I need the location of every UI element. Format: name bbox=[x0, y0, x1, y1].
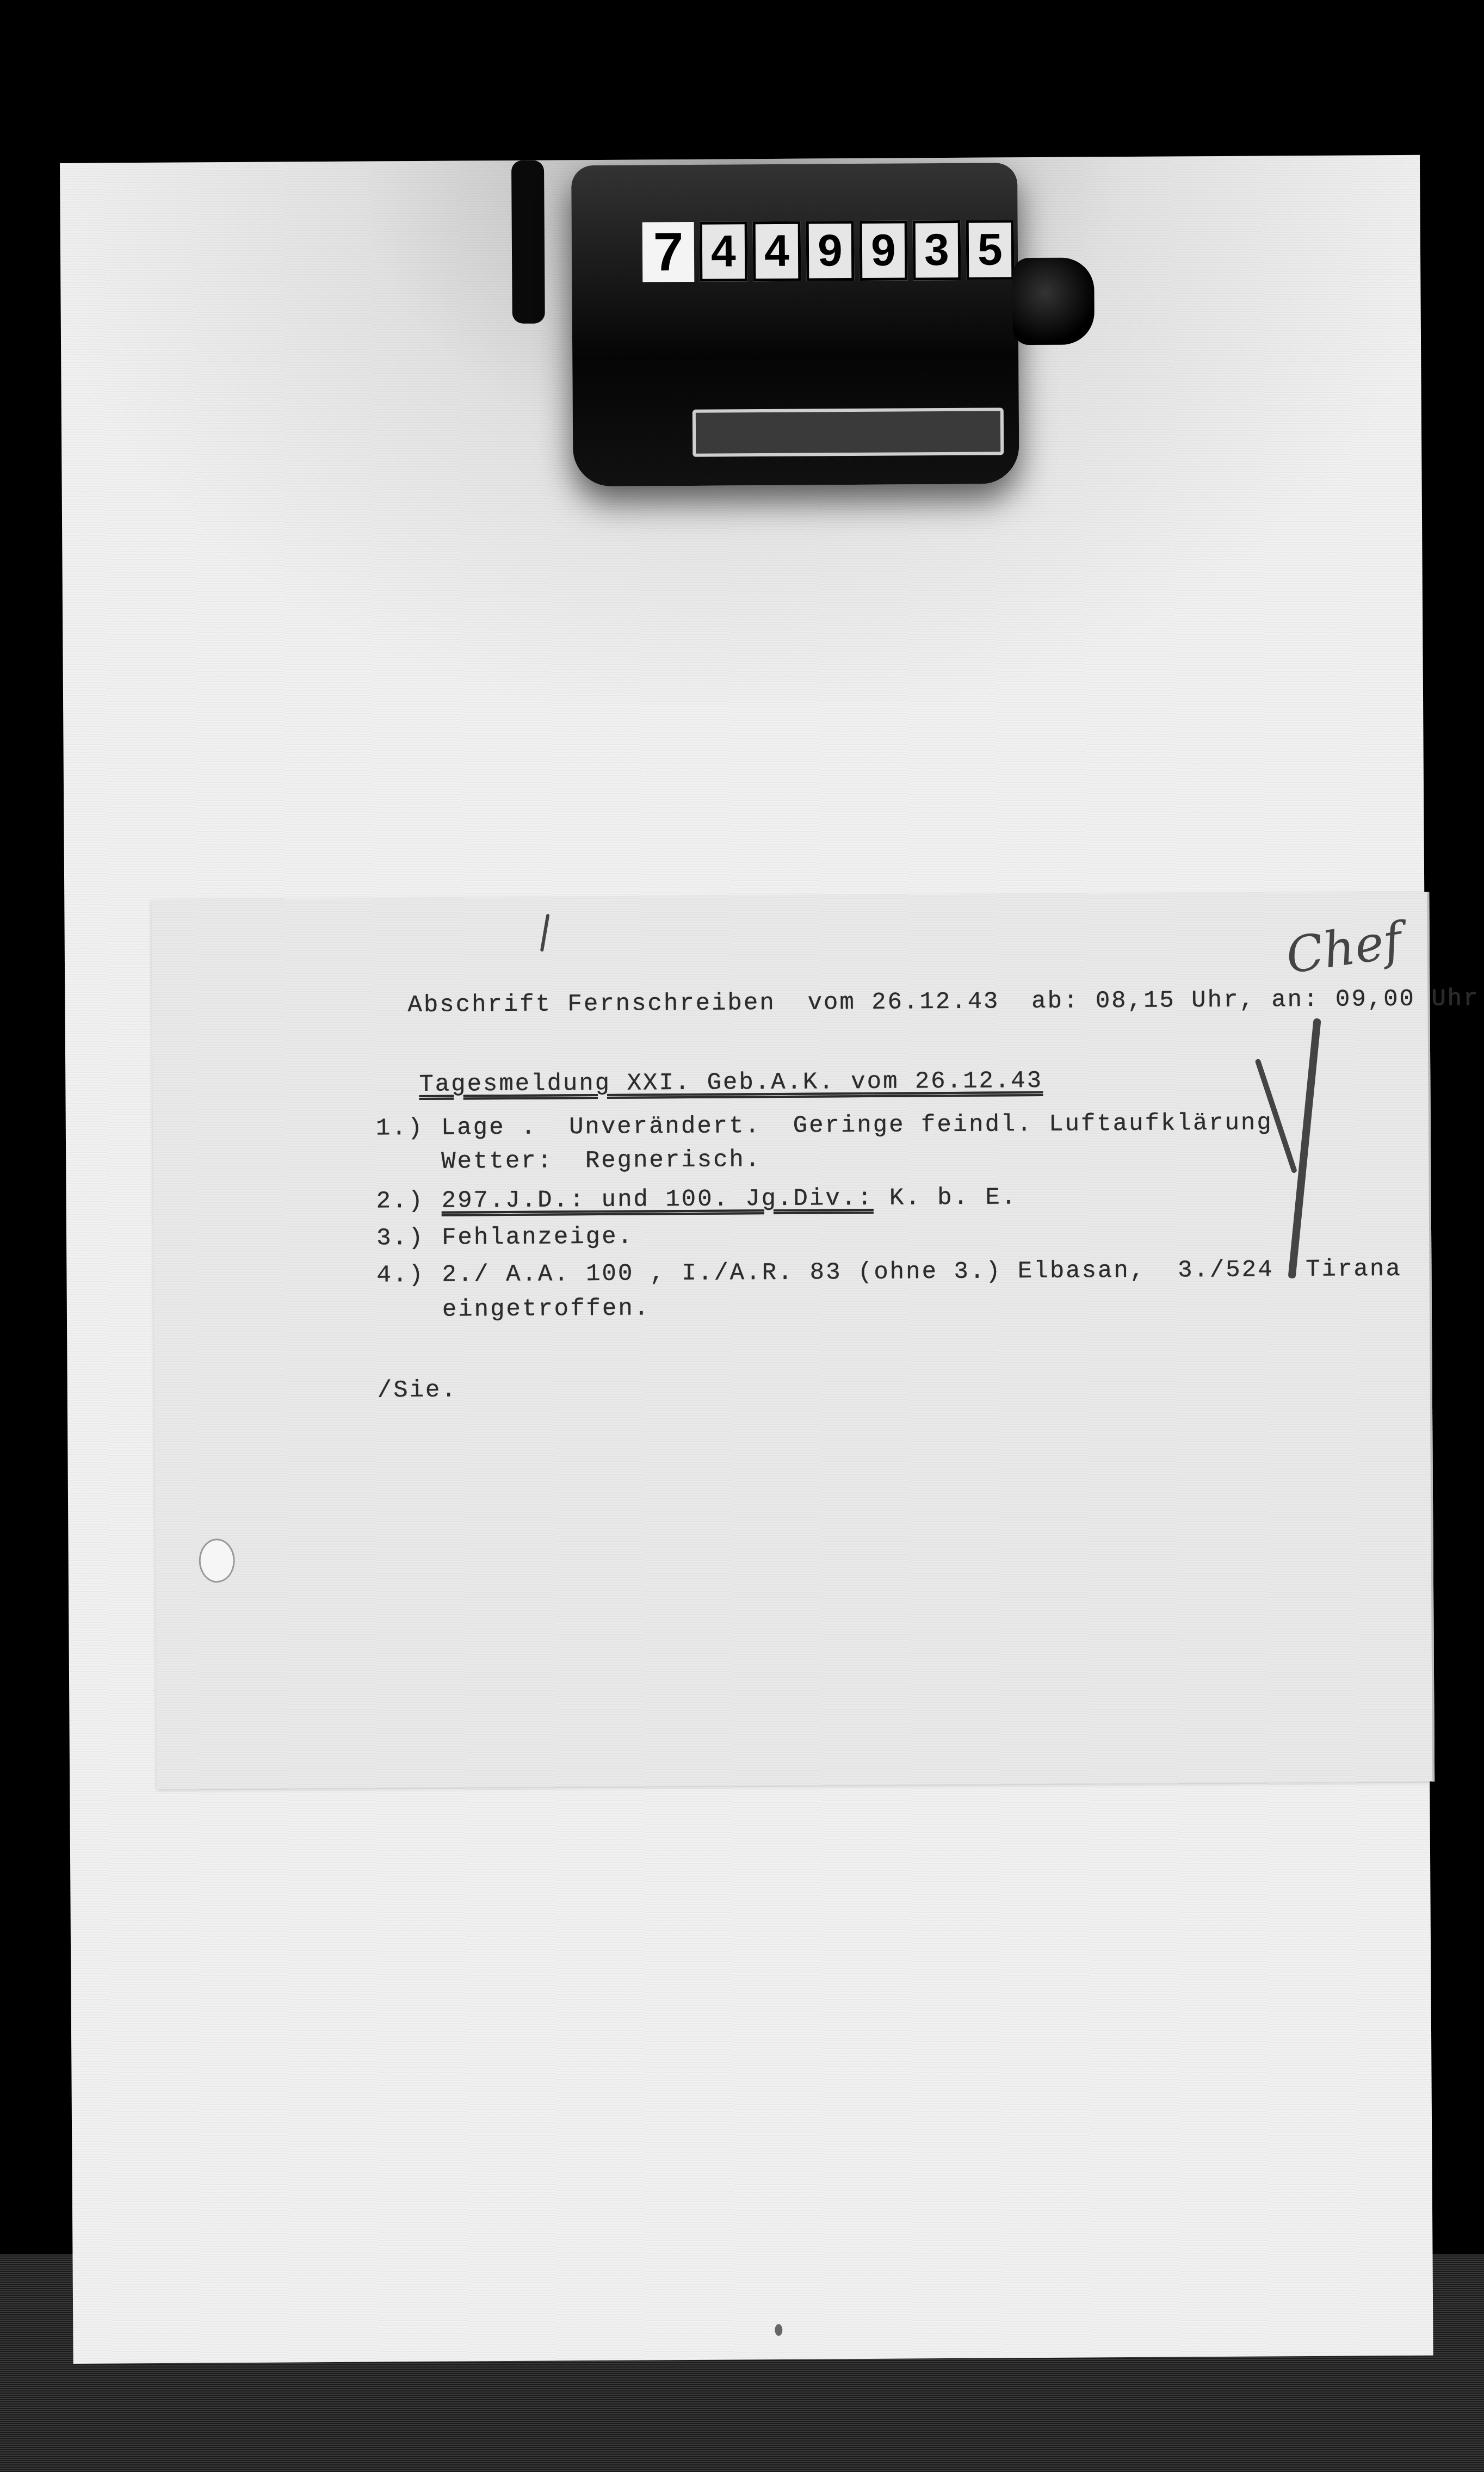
item-number: 1.) bbox=[376, 1115, 424, 1142]
page-mark bbox=[775, 2324, 782, 2336]
header-date: 26.12.43 bbox=[871, 988, 1000, 1016]
item-number: 2.) bbox=[376, 1188, 425, 1215]
counter-clip bbox=[511, 160, 545, 324]
item-line: 2./ A.A. 100 , I./A.R. 83 (ohne 3.) Elba… bbox=[442, 1256, 1402, 1289]
counter-name-plate bbox=[692, 407, 1004, 456]
counter-digit: 4 bbox=[753, 221, 801, 282]
item-underlined-units: 297.J.D.: und 100. Jg.Div.: bbox=[442, 1185, 874, 1215]
item-number: 4.) bbox=[376, 1262, 425, 1289]
punch-hole bbox=[199, 1538, 234, 1583]
counter-digit: 3 bbox=[913, 220, 961, 281]
handwritten-initial-stroke bbox=[1288, 1018, 1321, 1279]
header-prefix: Abschrift Fernschreiben bbox=[407, 990, 776, 1019]
header-sent-label: ab: bbox=[1031, 988, 1080, 1016]
item-line: eingetroffen. bbox=[442, 1295, 651, 1323]
telex-slip: Abschrift Fernschreiben vom 26.12.43 ab:… bbox=[151, 892, 1434, 1789]
counter-digit: 4 bbox=[700, 221, 748, 282]
counter-body: 7 4 4 9 9 3 5 bbox=[571, 163, 1019, 486]
pen-mark bbox=[540, 914, 550, 952]
telex-title: Tagesmeldung XXI. Geb.A.K. vom 26.12.43 bbox=[419, 1067, 1043, 1098]
item-line: 297.J.D.: und 100. Jg.Div.: K. b. E. bbox=[442, 1184, 1018, 1214]
header-date-label: vom bbox=[807, 989, 856, 1017]
counter-lead-digit: 7 bbox=[642, 222, 695, 282]
counter-digit: 5 bbox=[966, 220, 1015, 280]
counter-digit-row: 7 4 4 9 9 3 5 bbox=[642, 220, 1015, 282]
telex-signoff: /Sie. bbox=[378, 1377, 457, 1405]
item-line: Lage . Unverändert. Geringe feindl. Luft… bbox=[441, 1109, 1289, 1142]
header-received-time: 09,00 Uhr bbox=[1335, 985, 1480, 1013]
item-line: Fehlanzeige. bbox=[442, 1223, 634, 1252]
item-line: Wetter: Regnerisch. bbox=[441, 1146, 761, 1176]
counter-digit: 9 bbox=[860, 220, 908, 281]
header-received-label: an: bbox=[1271, 986, 1320, 1014]
document-page: 7 4 4 9 9 3 5 Abschrift Fernschreiben vo… bbox=[60, 155, 1433, 2364]
counter-digit: 9 bbox=[806, 221, 855, 281]
counter-reset-knob bbox=[1012, 257, 1095, 345]
telex-header: Abschrift Fernschreiben vom 26.12.43 ab:… bbox=[407, 985, 1479, 1019]
item-rest: K. b. E. bbox=[873, 1184, 1017, 1212]
header-sent-time: 08,15 Uhr, bbox=[1096, 987, 1256, 1015]
frame-counter-device: 7 4 4 9 9 3 5 bbox=[511, 157, 1074, 498]
handwritten-chef-note: Chef bbox=[1282, 912, 1405, 985]
item-number: 3.) bbox=[376, 1225, 425, 1252]
